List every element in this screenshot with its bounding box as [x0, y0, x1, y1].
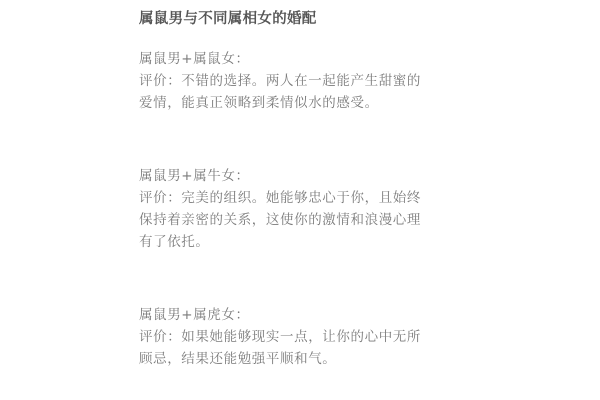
evaluation-line: 保持着亲密的关系，这使你的激情和浪漫心理: [139, 209, 421, 231]
evaluation-line: 评价：完美的组织。她能够忠心于你，且始终: [139, 187, 421, 209]
evaluation-line: 有了依托。: [139, 231, 421, 253]
section-heading: 属鼠男+属鼠女：: [139, 48, 421, 70]
section-heading: 属鼠男+属虎女：: [139, 304, 421, 326]
evaluation-line: 爱情，能真正领略到柔情似水的感受。: [139, 92, 421, 114]
match-section-rat-rat: 属鼠男+属鼠女： 评价：不错的选择。两人在一起能产生甜蜜的 爱情，能真正领略到柔…: [139, 48, 421, 114]
section-heading: 属鼠男+属牛女：: [139, 165, 421, 187]
match-section-rat-tiger: 属鼠男+属虎女： 评价：如果她能够现实一点，让你的心中无所 顾忌，结果还能勉强平…: [139, 304, 421, 370]
match-section-rat-ox: 属鼠男+属牛女： 评价：完美的组织。她能够忠心于你，且始终 保持着亲密的关系，这…: [139, 165, 421, 253]
evaluation-line: 顾忌，结果还能勉强平顺和气。: [139, 348, 421, 370]
evaluation-line: 评价：如果她能够现实一点，让你的心中无所: [139, 326, 421, 348]
evaluation-line: 评价：不错的选择。两人在一起能产生甜蜜的: [139, 70, 421, 92]
article-title: 属鼠男与不同属相女的婚配: [139, 7, 317, 28]
article-page: 属鼠男与不同属相女的婚配 属鼠男+属鼠女： 评价：不错的选择。两人在一起能产生甜…: [0, 0, 600, 400]
